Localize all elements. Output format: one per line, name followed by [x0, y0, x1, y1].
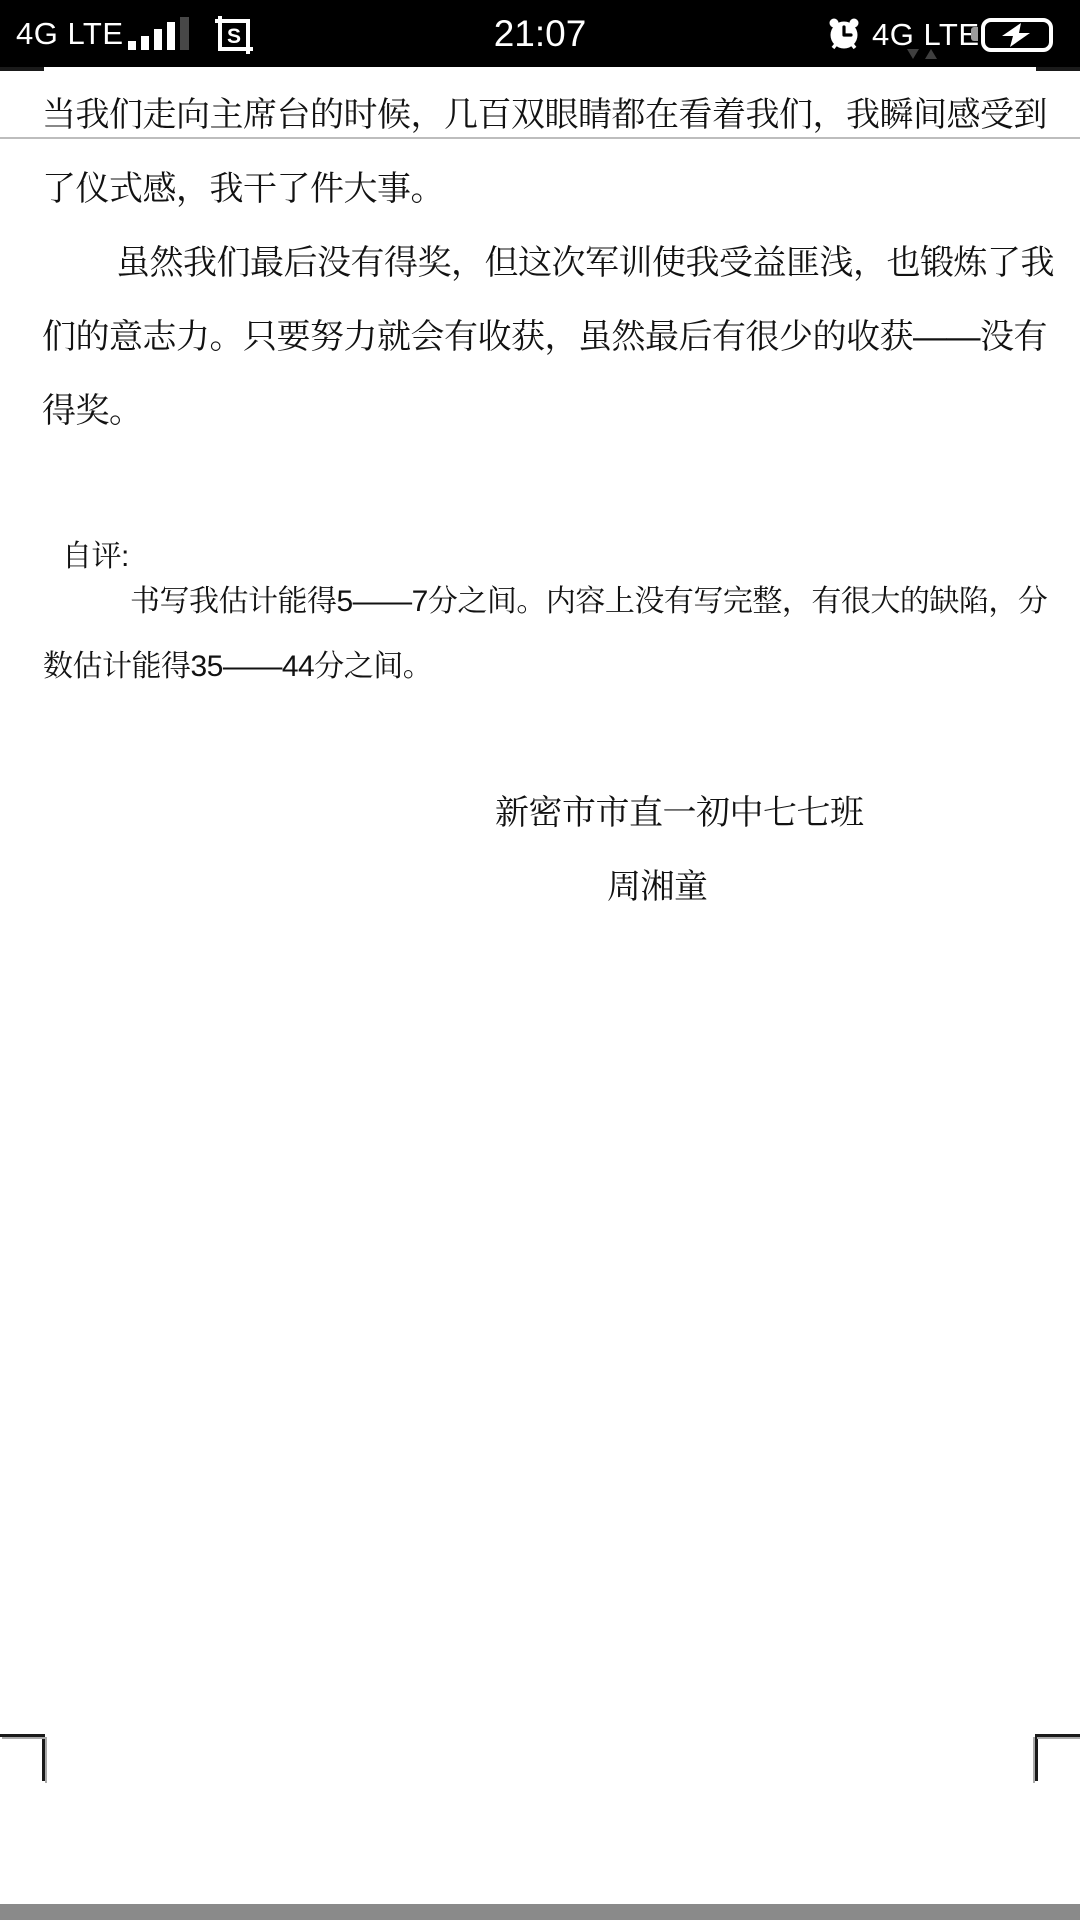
page-boundary-line [0, 137, 1080, 139]
signature-school: 新密市市直一初中七七班 [495, 794, 864, 832]
page-break-corner-left-shadow [45, 1737, 47, 1783]
essay-paragraph1-line1: 当我们走向主席台的时候，几百双眼睛都在看着我们，我瞬间感受到 [42, 96, 1047, 134]
page-corner-mark-top-right [1036, 67, 1080, 71]
page-break-corner-right-vertical [1035, 1734, 1038, 1781]
phone-screen: 4G LTE S 21:07 [0, 0, 1080, 1920]
page-break-corner-right-shadow [1037, 1737, 1080, 1739]
data-activity-arrows-icon [906, 47, 940, 66]
document-page-view[interactable]: 当我们走向主席台的时候，几百双眼睛都在看着我们，我瞬间感受到 了仪式感，我干了件… [0, 67, 1080, 1906]
alarm-clock-icon [826, 16, 862, 57]
status-bar: 4G LTE S 21:07 [0, 0, 1080, 67]
battery-nub [971, 27, 978, 41]
page-break-corner-left-shadow [2, 1737, 47, 1739]
essay-paragraph2-line1: 虽然我们最后没有得奖，但这次军训使我受益匪浅，也锻炼了我 [116, 244, 1054, 282]
essay-paragraph2-line2: 们的意志力。只要努力就会有收获，虽然最后有很少的收获——没有 [42, 318, 1047, 356]
essay-paragraph1-line2: 了仪式感，我干了件大事。 [42, 170, 444, 208]
navigation-bar[interactable] [0, 1904, 1080, 1920]
self-eval-label: 自评: [62, 540, 129, 574]
self-eval-line1: 书写我估计能得5——7分之间。内容上没有写完整，有很大的缺陷，分 [130, 585, 1047, 619]
signature-name: 周湘童 [607, 868, 708, 906]
page-break-corner-right-shadow [1033, 1737, 1035, 1783]
battery-charging-icon [980, 17, 1054, 58]
page-corner-mark-top-left [0, 67, 44, 71]
essay-paragraph2-line3: 得奖。 [42, 392, 143, 430]
self-eval-line2: 数估计能得35——44分之间。 [43, 650, 432, 684]
